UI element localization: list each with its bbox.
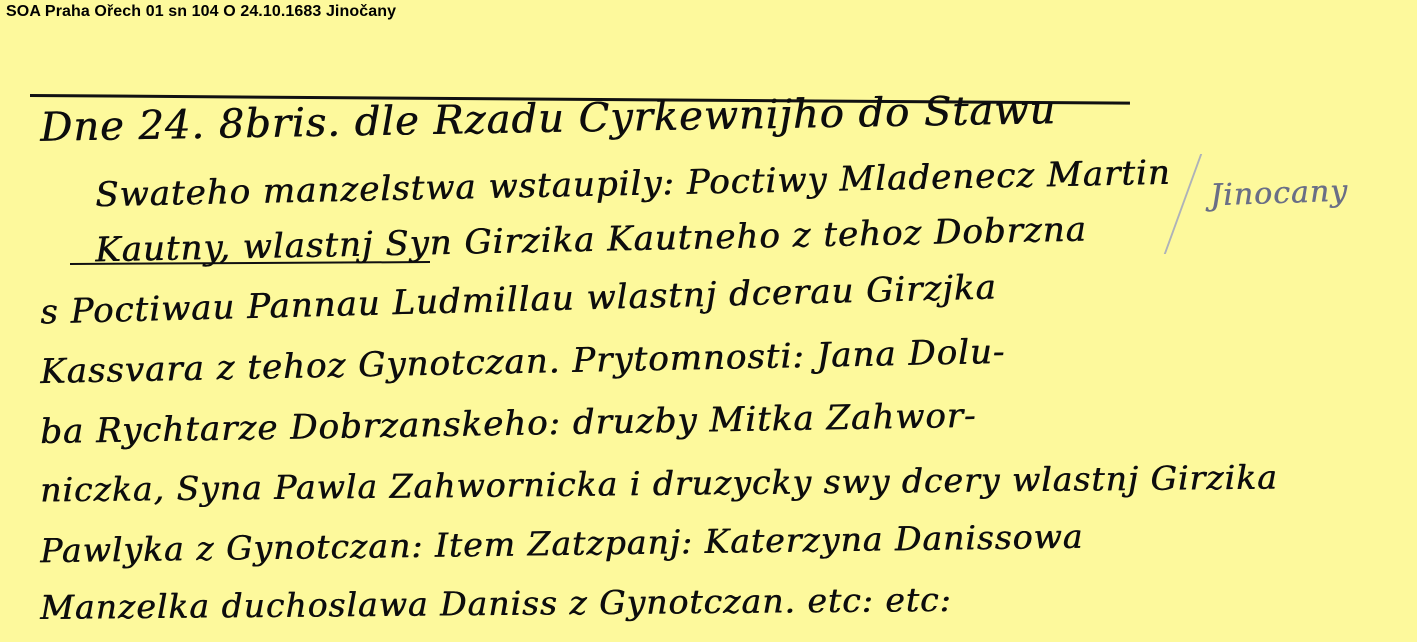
margin-place-note: Jinocany [1209, 174, 1348, 214]
handwriting-line-7: niczka, Syna Pawla Zahwornicka i druzyck… [40, 458, 1278, 510]
handwriting-line-4: s Poctiwau Pannau Ludmillau wlastnj dcer… [40, 267, 997, 332]
handwriting-line-8: Pawlyka z Gynotczan: Item Zatzpanj: Kate… [40, 517, 1084, 571]
document-title: SOA Praha Ořech 01 sn 104 O 24.10.1683 J… [6, 3, 396, 21]
handwriting-line-3: Kautny, wlastnj Syn Girzika Kautneho z t… [95, 210, 1087, 271]
handwriting-line-5: Kassvara z tehoz Gynotczan. Prytomnosti:… [40, 332, 1006, 392]
handwriting-line-2: Swateho manzelstwa wstaupily: Poctiwy Ml… [95, 153, 1171, 216]
handwriting-line-6: ba Rychtarze Dobrzanskeho: druzby Mitka … [40, 396, 977, 452]
handwriting-line-9: Manzelka duchoslawa Daniss z Gynotczan. … [40, 580, 952, 627]
handwritten-record-scan: Dne 24. 8bris. dle Rzadu Cyrkewnijho do … [0, 24, 1417, 642]
